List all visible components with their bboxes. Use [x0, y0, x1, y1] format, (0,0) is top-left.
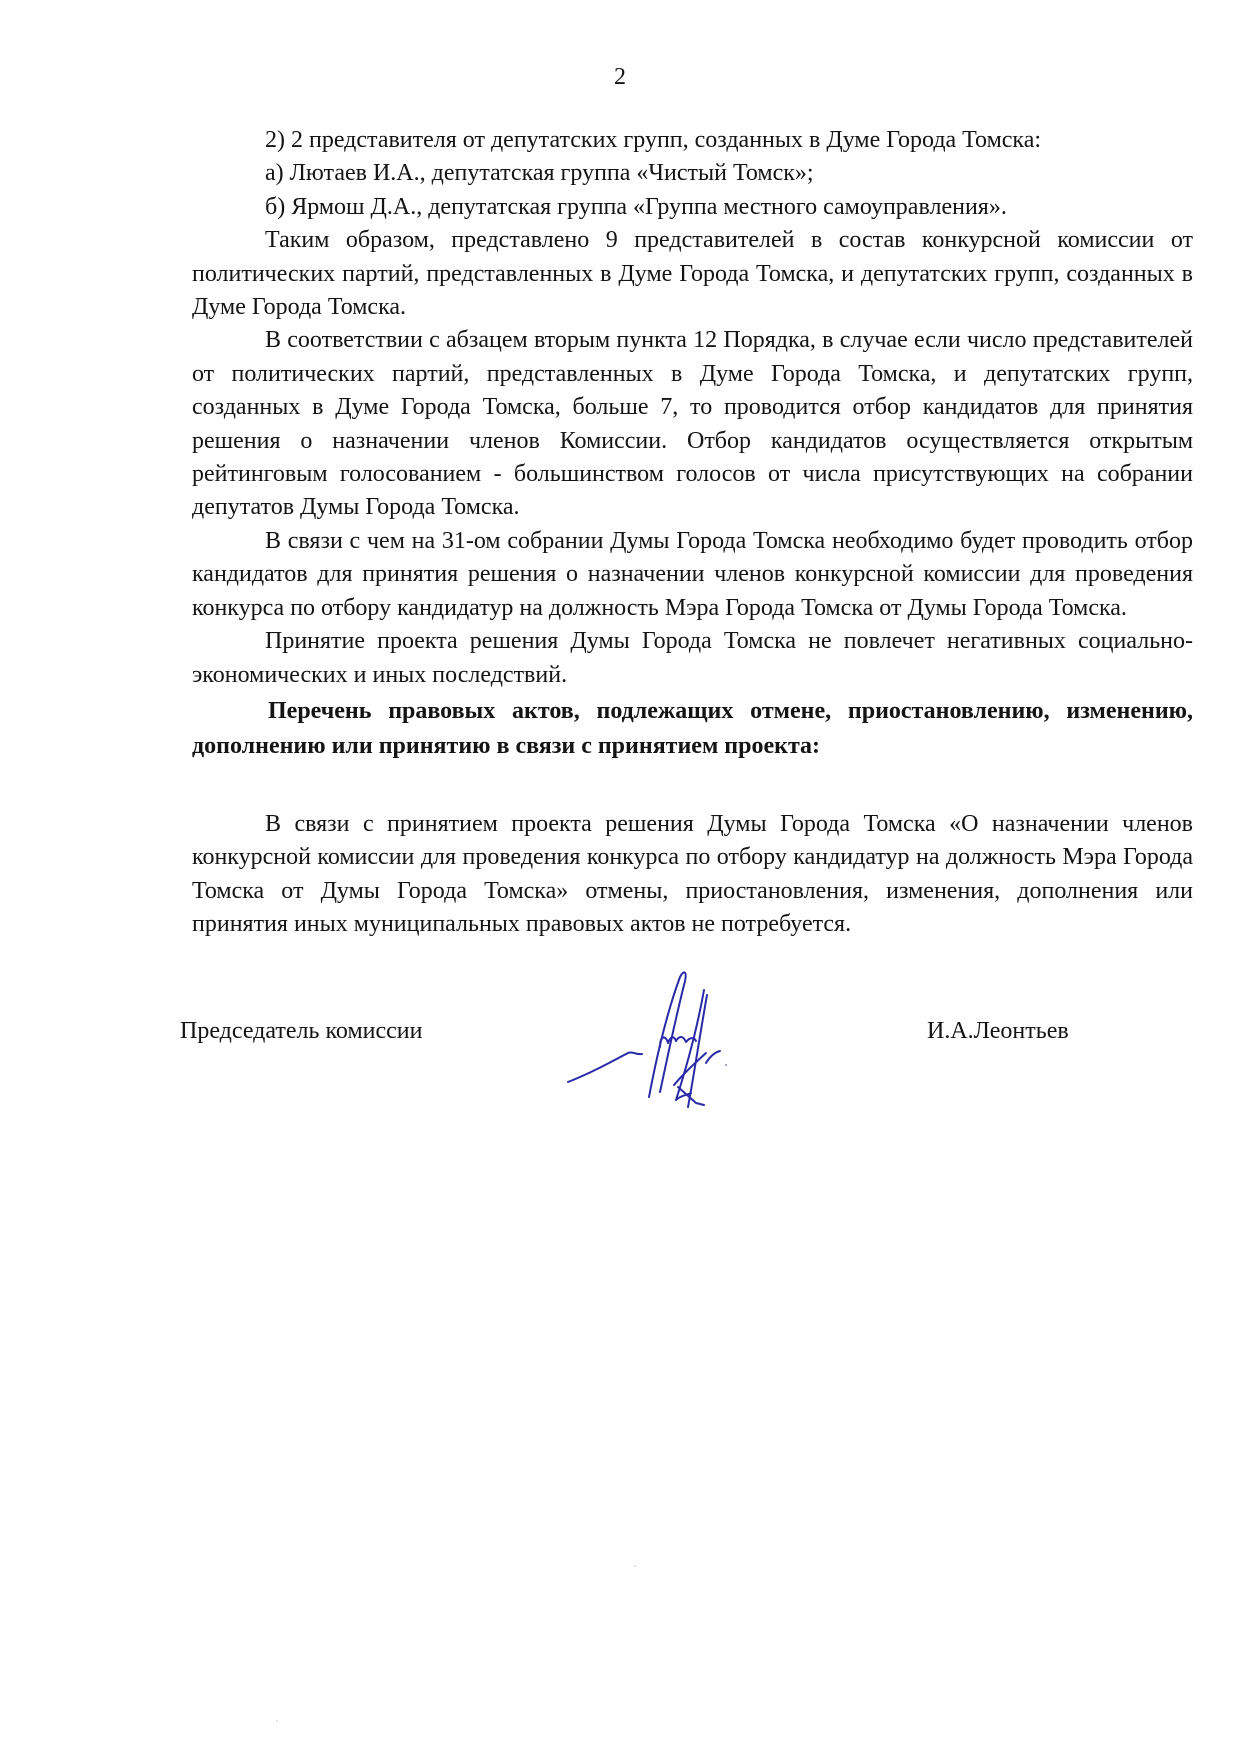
signatory-title: Председатель комиссии: [180, 1016, 422, 1046]
scan-artifact: [634, 1565, 636, 1567]
signatory-name: И.А.Леонтьев: [927, 1016, 1069, 1046]
section-heading-legal-acts: Перечень правовых актов, подлежащих отме…: [192, 694, 1193, 764]
handwritten-signature-icon: [556, 965, 816, 1115]
paragraph-conclusion: В связи с принятием проекта решения Думы…: [192, 808, 1193, 942]
scan-artifact: [276, 1720, 278, 1722]
paragraph-procedure: В соответствии с абзацем вторым пункта 1…: [192, 324, 1193, 524]
page-number: 2: [0, 62, 1240, 92]
paragraph-deputy-group-b: б) Ярмош Д.А., депутатская группа «Групп…: [192, 191, 1193, 224]
paragraph-selection: В связи с чем на 31-ом собрании Думы Гор…: [192, 525, 1193, 625]
spacer: [192, 764, 1193, 808]
document-body: 2) 2 представителя от депутатских групп,…: [192, 124, 1193, 942]
paragraph-consequences: Принятие проекта решения Думы Города Том…: [192, 625, 1193, 692]
paragraph-deputy-groups-intro: 2) 2 представителя от депутатских групп,…: [192, 124, 1193, 157]
paragraph-summary: Таким образом, представлено 9 представит…: [192, 224, 1193, 324]
paragraph-deputy-group-a: а) Лютаев И.А., депутатская группа «Чист…: [192, 157, 1193, 190]
